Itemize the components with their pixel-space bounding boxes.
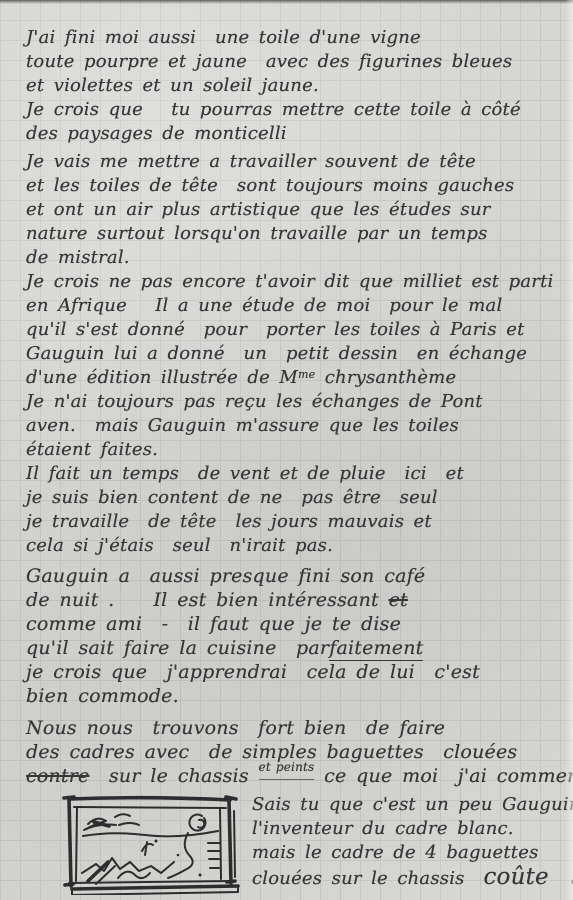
text-segment: Gauguin a aussi presque fini son café	[26, 565, 425, 587]
handwritten-line: toute pourpre et jaune avec des figurine…	[26, 50, 561, 74]
handwritten-line: bien commode.	[26, 684, 561, 708]
paragraph: Je crois ne pas encore t'avoir dit que m…	[26, 270, 561, 462]
text-segment: et violettes et un soleil jaune.	[26, 75, 319, 96]
text-segment: je travaille de tête les jours mauvais e…	[26, 511, 432, 532]
handwritten-line: je suis bien content de ne pas être seul	[26, 486, 561, 510]
handwritten-line: J'ai fini moi aussi une toile d'une vign…	[26, 26, 561, 50]
text-segment-u: faitement	[329, 637, 423, 661]
handwritten-line: nature surtout lorsqu'on travaille par u…	[26, 222, 561, 246]
handwritten-line: aven. mais Gauguin m'assure que les toil…	[26, 414, 561, 438]
text-segment-big: coûte	[483, 864, 570, 890]
sketch-caption-lines: Sais tu que c'est un peu Gauguinl'invent…	[252, 791, 573, 889]
handwritten-line: qu'il s'est donné pour porter les toiles…	[26, 318, 561, 342]
text-segment: je suis bien content de ne pas être seul	[26, 487, 438, 508]
handwritten-line: et violettes et un soleil jaune.	[26, 74, 561, 98]
text-segment-strike: contre	[26, 765, 89, 787]
text-segment: cela si j'étais seul n'irait pas.	[26, 535, 333, 556]
handwritten-line: clouées sur le chassis coûte 5 sous	[252, 865, 573, 889]
handwritten-line: comme ami - il faut que je te dise	[26, 612, 561, 636]
text-segment: en Afrique Il a une étude de moi pour le…	[26, 295, 502, 316]
framed-picture-sketch	[60, 791, 240, 895]
paragraph: Nous nous trouvons fort bien de fairedes…	[26, 716, 561, 788]
text-segment: J'ai fini moi aussi une toile d'une vign…	[26, 27, 421, 48]
text-segment: aven. mais Gauguin m'assure que les toil…	[26, 415, 459, 436]
letter-page: J'ai fini moi aussi une toile d'une vign…	[0, 0, 573, 900]
handwritten-line: cela si j'étais seul n'irait pas.	[26, 534, 561, 558]
handwritten-line: qu'il sait faire la cuisine parfaitement	[26, 636, 561, 660]
handwritten-line: je crois que j'apprendrai cela de lui c'…	[26, 660, 561, 684]
paragraph: J'ai fini moi aussi une toile d'une vign…	[26, 26, 561, 98]
handwritten-line: en Afrique Il a une étude de moi pour le…	[26, 294, 561, 318]
handwritten-line: Gauguin a aussi presque fini son café	[26, 564, 561, 588]
text-segment: Je crois ne pas encore t'avoir dit que m…	[26, 271, 553, 292]
text-segment: je crois que j'apprendrai cela de lui c'…	[26, 661, 480, 683]
text-segment: et ont un air plus artistique que les ét…	[26, 199, 491, 220]
text-segment: de mistral.	[26, 247, 130, 268]
text-segment: et les toiles de tête sont toujours moin…	[26, 175, 514, 196]
handwritten-line: d'une édition illustrée de Mme chrysanth…	[26, 366, 561, 390]
handwritten-line: des paysages de monticelli	[26, 122, 561, 146]
handwritten-line: contre sur le chassis et peints ce que m…	[26, 764, 561, 788]
handwritten-line: Gauguin lui a donné un petit dessin en é…	[26, 342, 561, 366]
sketch-row: Sais tu que c'est un peu Gauguinl'invent…	[26, 791, 561, 895]
text-segment: bien commode.	[26, 685, 179, 707]
text-segment-ss: me	[298, 363, 315, 387]
handwritten-line: et les toiles de tête sont toujours moin…	[26, 174, 561, 198]
text-segment: Je n'ai toujours pas reçu les échanges d…	[26, 391, 483, 412]
paragraph: Je crois que tu pourras mettre cette toi…	[26, 98, 561, 146]
text-segment: étaient faites.	[26, 439, 158, 460]
text-segment: qu'il s'est donné pour porter les toiles…	[26, 319, 525, 340]
text-segment: qu'il sait faire la cuisine par	[26, 637, 329, 659]
text-segment-strike: et	[389, 589, 408, 611]
text-segment: mais le cadre de 4 baguettes	[252, 842, 539, 863]
paragraph: Je vais me mettre a travailler souvent d…	[26, 150, 561, 270]
handwritten-line: étaient faites.	[26, 438, 561, 462]
handwritten-line: et ont un air plus artistique que les ét…	[26, 198, 561, 222]
text-segment: des paysages de monticelli	[26, 123, 287, 144]
handwritten-line: Sais tu que c'est un peu Gauguin	[252, 793, 573, 817]
handwritten-line: Je crois ne pas encore t'avoir dit que m…	[26, 270, 561, 294]
text-segment: Nous nous trouvons fort bien de faire	[26, 717, 445, 739]
text-segment: comme ami - il faut que je te dise	[26, 613, 401, 635]
text-segment: chrysanthème	[315, 367, 456, 388]
text-segment: toute pourpre et jaune avec des figurine…	[26, 51, 512, 72]
handwritten-line: l'inventeur du cadre blanc.	[252, 817, 573, 841]
handwritten-line: Je crois que tu pourras mettre cette toi…	[26, 98, 561, 122]
text-segment: Gauguin lui a donné un petit dessin en é…	[26, 343, 527, 364]
text-segment: sur le chassis	[89, 765, 258, 787]
framed-picture-sketch-drawing	[60, 791, 240, 895]
handwritten-line: de nuit . Il est bien intéressant et	[26, 588, 561, 612]
letter-body: J'ai fini moi aussi une toile d'une vign…	[26, 26, 561, 788]
paragraph: Il fait un temps de vent et de pluie ici…	[26, 462, 561, 558]
handwritten-line: Je n'ai toujours pas reçu les échanges d…	[26, 390, 561, 414]
handwritten-line: Je vais me mettre a travailler souvent d…	[26, 150, 561, 174]
handwritten-line: de mistral.	[26, 246, 561, 270]
handwritten-line: mais le cadre de 4 baguettes	[252, 841, 573, 865]
text-segment: de nuit . Il est bien intéressant	[26, 589, 389, 611]
text-segment-sup: et peints	[259, 755, 315, 780]
handwritten-line: je travaille de tête les jours mauvais e…	[26, 510, 561, 534]
text-segment: Je crois que tu pourras mettre cette toi…	[26, 99, 521, 120]
handwritten-line: Nous nous trouvons fort bien de faire	[26, 716, 561, 740]
text-segment: Je vais me mettre a travailler souvent d…	[26, 151, 476, 172]
paragraph: Gauguin a aussi presque fini son caféde …	[26, 564, 561, 708]
handwritten-line: Il fait un temps de vent et de pluie ici…	[26, 462, 561, 486]
text-segment: Sais tu que c'est un peu Gauguin	[252, 794, 573, 815]
text-segment: Il fait un temps de vent et de pluie ici…	[26, 463, 464, 484]
text-segment: ce que moi j'ai commencé	[314, 765, 573, 787]
text-segment: nature surtout lorsqu'on travaille par u…	[26, 223, 488, 244]
text-segment: clouées sur le chassis	[252, 868, 483, 889]
text-segment: l'inventeur du cadre blanc.	[252, 818, 514, 839]
text-segment: d'une édition illustrée de M	[26, 367, 298, 388]
